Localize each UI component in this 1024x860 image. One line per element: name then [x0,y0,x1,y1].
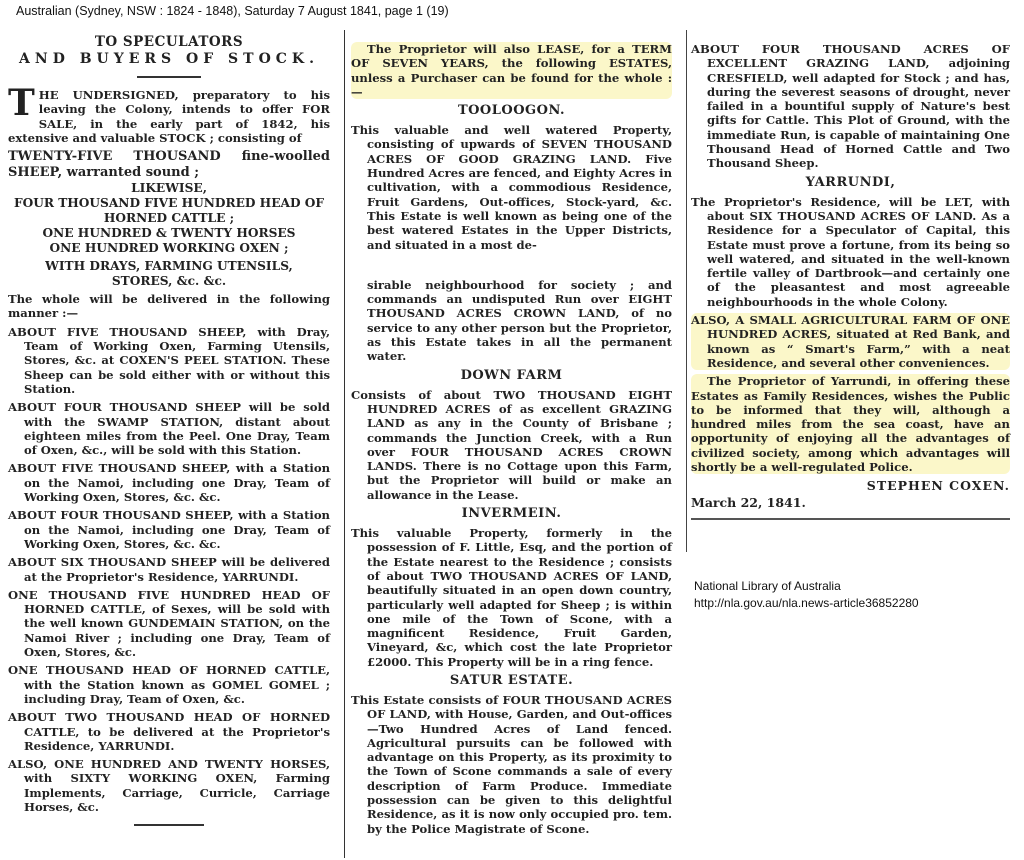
ad-date: March 22, 1841. [691,495,1010,510]
stock-line: TWENTY-FIVE THOUSAND fine-woolled SHEEP,… [8,149,330,181]
attribution: National Library of Australia http://nla… [694,578,919,612]
cresfield-paragraph: ABOUT FOUR THOUSAND ACRES OF EXCELLENT G… [691,42,1010,171]
lot-item: ABOUT FOUR THOUSAND SHEEP will be sold w… [8,400,330,457]
attribution-source: National Library of Australia [694,578,919,595]
estate-text-invermein: This valuable Property, formerly in the … [351,526,672,669]
column-yarrundi: ABOUT FOUR THOUSAND ACRES OF EXCELLENT G… [686,30,1016,552]
estate-name-invermein: INVERMEIN. [351,506,672,521]
closing-paragraph: The Proprietor of Yarrundi, in offering … [691,374,1010,474]
lease-intro: The Proprietor will also LEASE, for a TE… [351,42,672,99]
stock-line: ONE HUNDRED WORKING OXEN ; [8,241,330,256]
stock-line: FOUR THOUSAND FIVE HUNDRED HEAD OF HORNE… [8,196,330,226]
signature: STEPHEN COXEN. [691,478,1010,493]
lot-item: ALSO, ONE HUNDRED AND TWENTY HORSES, wit… [8,757,330,814]
article-citation: Australian (Sydney, NSW : 1824 - 1848), … [16,4,449,18]
title-divider [137,76,201,78]
stock-line: WITH DRAYS, FARMING UTENSILS, [8,259,330,274]
lot-item: ABOUT SIX THOUSAND SHEEP will be deliver… [8,555,330,584]
estate-text-tooloogon-cont: sirable neighbourhood for society ; and … [351,278,672,364]
delivery-intro: The whole will be delivered in the follo… [8,292,330,321]
stock-line: LIKEWISE, [8,181,330,196]
lot-item: ONE THOUSAND FIVE HUNDRED HEAD OF HORNED… [8,588,330,659]
estate-text-tooloogon: This valuable and well watered Property,… [351,123,672,252]
intro-paragraph: THE UNDERSIGNED, preparatory to his leav… [8,88,330,145]
end-divider [134,824,204,826]
estate-text-down-farm: Consists of about TWO THOUSAND EIGHT HUN… [351,388,672,502]
scan-gap [351,256,672,278]
estate-text-satur: This Estate consists of FOUR THOUSAND AC… [351,693,672,836]
estate-name-satur: SATUR ESTATE. [351,673,672,688]
lot-item: ABOUT FIVE THOUSAND SHEEP, with a Statio… [8,461,330,504]
yarrundi-paragraph: The Proprietor's Residence, will be LET,… [691,195,1010,309]
lot-item: ABOUT FIVE THOUSAND SHEEP, with Dray, Te… [8,325,330,396]
drop-cap: T [8,88,35,118]
column-stock-sale: TO SPECULATORS AND BUYERS OF STOCK. THE … [4,30,336,858]
small-farm-paragraph: ALSO, A SMALL AGRICULTURAL FARM OF ONE H… [691,313,1010,370]
attribution-link[interactable]: http://nla.gov.au/nla.news-article368522… [694,595,919,612]
estate-name-yarrundi: YARRUNDI, [691,175,1010,190]
ad-title-line1: TO SPECULATORS [8,34,330,51]
stock-line: STORES, &c. &c. [8,274,330,289]
estate-name-tooloogon: TOOLOOGON. [351,103,672,118]
stock-line: ONE HUNDRED & TWENTY HORSES [8,226,330,241]
ad-title-line2: AND BUYERS OF STOCK. [8,51,330,68]
end-divider [691,518,1010,520]
lot-item: ABOUT TWO THOUSAND HEAD OF HORNED CATTLE… [8,710,330,753]
column-lease-estates: The Proprietor will also LEASE, for a TE… [344,30,680,858]
estate-name-down-farm: DOWN FARM [351,368,672,383]
lot-item: ABOUT FOUR THOUSAND SHEEP, with a Statio… [8,508,330,551]
lot-item: ONE THOUSAND HEAD OF HORNED CATTLE, with… [8,663,330,706]
